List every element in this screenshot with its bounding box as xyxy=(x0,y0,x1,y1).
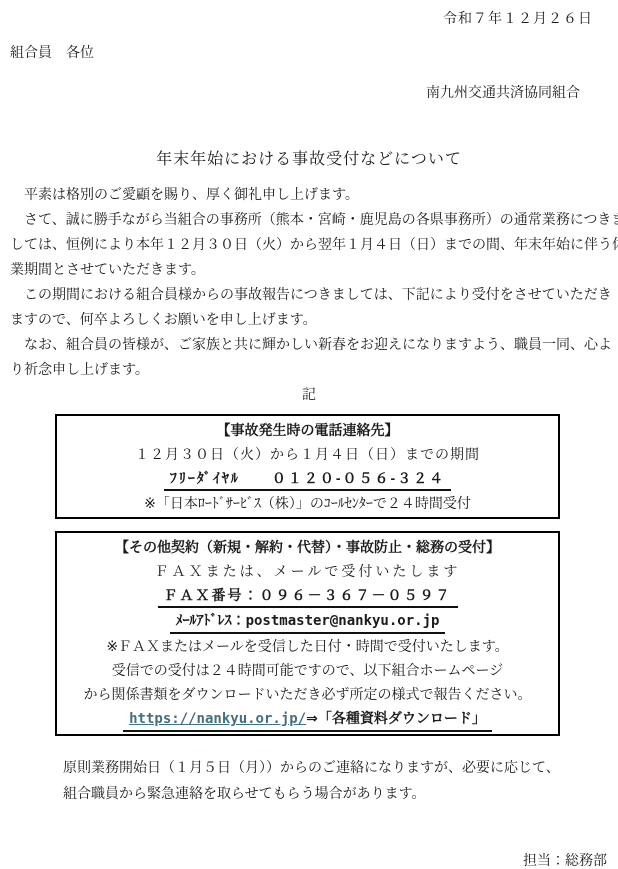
body-paragraph-line: ますので、何卒よろしくお願いを申し上げます。 xyxy=(10,307,608,332)
fax-number: ＦＡＸ番号：０９６－３６７－０５９７ xyxy=(158,585,458,608)
document-page: 令和７年１２月２６日 組合員 各位 南九州交通共済協同組合 年末年始における事故… xyxy=(0,0,618,869)
closing-line: 原則業務開始日（１月５日（月））からのご連絡になりますが、必要に応じて、 xyxy=(63,754,618,780)
phone-box-heading: 【事故発生時の電話連絡先】 xyxy=(61,418,554,442)
body-paragraph-line: さて、誠に勝手ながら当組合の事務所（熊本・宮崎・鹿児島の各県事務所）の通常業務に… xyxy=(10,207,608,232)
organization-name: 南九州交通共済協同組合 xyxy=(0,82,618,102)
body-paragraph-line: この期間における組合員様からの事故報告につきましては、下記により受付をさせていた… xyxy=(10,282,608,307)
body-paragraph-line: り祈念申し上げます。 xyxy=(10,357,608,382)
document-date: 令和７年１２月２６日 xyxy=(0,0,618,28)
phone-number-line: ﾌﾘｰﾀﾞｲﾔﾙ ０１２０-０５６-３２４ xyxy=(61,466,554,491)
homepage-link[interactable]: https://nankyu.or.jp/ xyxy=(129,711,306,727)
recipient-line: 組合員 各位 xyxy=(0,42,618,62)
other-contact-box: 【その他契約（新規・解約・代替）・事故防止・総務の受付】 ＦＡＸまたは、メールで… xyxy=(55,531,560,736)
other-box-heading: 【その他契約（新規・解約・代替）・事故防止・総務の受付】 xyxy=(61,535,554,559)
download-link-suffix: ⇒「各種資料ダウンロード」 xyxy=(306,710,486,726)
fax-number-line: ＦＡＸ番号：０９６－３６７－０５９７ xyxy=(61,583,554,608)
phone-number: ﾌﾘｰﾀﾞｲﾔﾙ ０１２０-０５６-３２４ xyxy=(164,468,451,491)
document-title: 年末年始における事故受付などについて xyxy=(0,148,618,172)
record-marker: 記 xyxy=(0,382,618,407)
email-address: postmaster@nankyu.or.jp xyxy=(246,613,440,629)
signature-line: 担当：総務部 xyxy=(0,850,618,869)
body-paragraph-line: しては、恒例により本年１２月３０日（火）から翌年１月４日（日）までの間、年末年始… xyxy=(10,232,608,257)
closing-line: 組合職員から緊急連絡を取らせてもらう場合があります。 xyxy=(63,780,618,806)
body-paragraph-line: 平素は格別のご愛顧を賜り、厚く御礼申し上げます。 xyxy=(10,182,608,207)
phone-period: １２月３０日（火）から１月４日（日）までの期間 xyxy=(61,442,554,466)
email-line: ﾒｰﾙｱﾄﾞﾚｽ：postmaster@nankyu.or.jp xyxy=(61,608,554,634)
download-note: から関係書類をダウンロードいただき必ず所定の様式で報告ください。 xyxy=(61,682,554,706)
email-label: ﾒｰﾙｱﾄﾞﾚｽ： xyxy=(176,612,246,628)
fax-mail-note: ※ＦＡＸまたはメールを受信した日付・時間で受付いたします。 xyxy=(61,634,554,658)
body-paragraph-line: 業期間とさせていただきます。 xyxy=(10,257,608,282)
body-paragraph-line: なお、組合員の皆様が、ご家族と共に輝かしい新春をお迎えになりますよう、職員一同、… xyxy=(10,332,608,357)
closing-paragraph: 原則業務開始日（１月５日（月））からのご連絡になりますが、必要に応じて、 組合職… xyxy=(0,754,618,806)
reception-note: 受信での受付は２４時間可能ですので、以下組合ホームページ xyxy=(61,658,554,682)
phone-contact-box: 【事故発生時の電話連絡先】 １２月３０日（火）から１月４日（日）までの期間 ﾌﾘ… xyxy=(55,414,560,519)
fax-mail-intro: ＦＡＸまたは、メールで受付いたします xyxy=(61,559,554,583)
phone-note: ※「日本ﾛｰﾄﾞｻｰﾋﾞｽ（株）」のｺｰﾙｾﾝﾀｰで２４時間受付 xyxy=(61,491,554,515)
homepage-url-line: https://nankyu.or.jp/⇒「各種資料ダウンロード」 xyxy=(61,706,554,732)
body-paragraphs: 平素は格別のご愛顧を賜り、厚く御礼申し上げます。 さて、誠に勝手ながら当組合の事… xyxy=(0,182,618,382)
